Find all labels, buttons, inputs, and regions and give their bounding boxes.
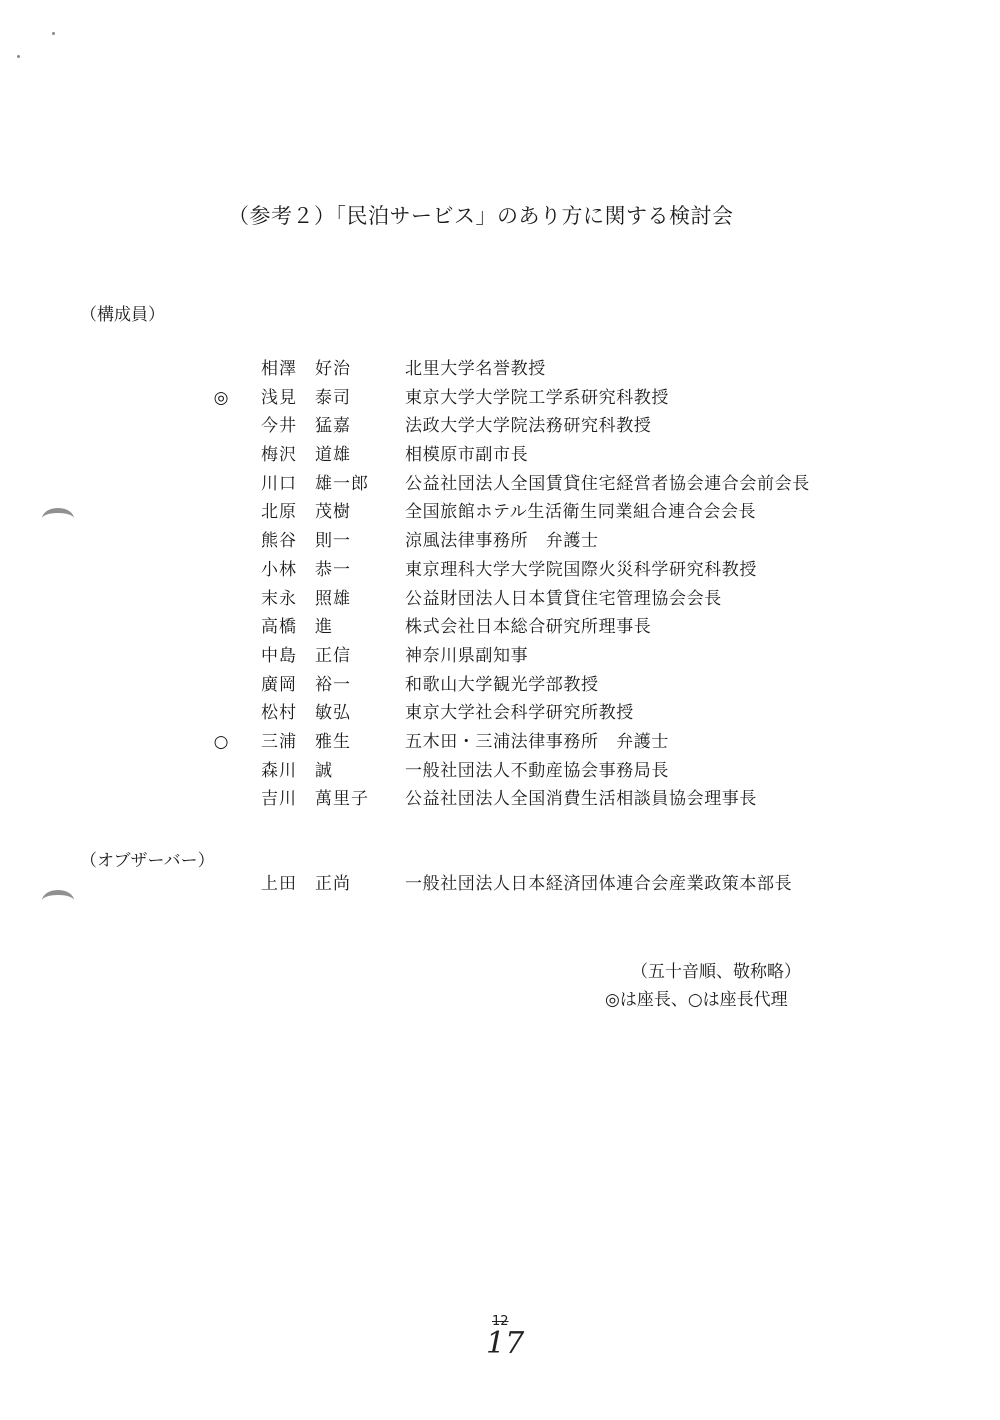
given-name: 敏弘 bbox=[315, 699, 351, 728]
given-name: 進 bbox=[315, 613, 333, 642]
given-name: 裕一 bbox=[315, 671, 351, 700]
scan-speck bbox=[52, 32, 55, 35]
given-name: 正尚 bbox=[315, 870, 351, 899]
given-name: 則一 bbox=[315, 527, 351, 556]
legend-note: ◎は座長、○は座長代理 bbox=[605, 986, 801, 1014]
family-name: 上田 bbox=[261, 870, 297, 899]
affiliation: 北里大学名誉教授 bbox=[405, 355, 546, 384]
member-row: 吉川 萬里子 公益社団法人全国消費生活相談員協会理事長 bbox=[0, 785, 1000, 814]
given-name: 正信 bbox=[315, 642, 351, 671]
member-row: 高橋 進 株式会社日本総合研究所理事長 bbox=[0, 613, 1000, 642]
member-row: ◎ 浅見 泰司 東京大学大学院工学系研究科教授 bbox=[0, 384, 1000, 413]
member-row: 中島 正信 神奈川県副知事 bbox=[0, 642, 1000, 671]
family-name: 相澤 bbox=[261, 355, 297, 384]
members-list: 相澤 好治 北里大学名誉教授 ◎ 浅見 泰司 東京大学大学院工学系研究科教授 今… bbox=[0, 355, 1000, 814]
affiliation: 五木田・三浦法律事務所 弁護士 bbox=[405, 728, 669, 757]
affiliation: 公益社団法人全国消費生活相談員協会理事長 bbox=[405, 785, 757, 814]
page-number: 12 17 bbox=[478, 1314, 528, 1359]
given-name: 萬里子 bbox=[315, 785, 369, 814]
member-row: 小林 恭一 東京理科大学大学院国際火災科学研究科教授 bbox=[0, 556, 1000, 585]
affiliation: 涼風法律事務所 弁護士 bbox=[405, 527, 599, 556]
family-name: 中島 bbox=[261, 642, 297, 671]
family-name: 今井 bbox=[261, 412, 297, 441]
family-name: 高橋 bbox=[261, 613, 297, 642]
ordering-note: （五十音順、敬称略） bbox=[605, 958, 801, 986]
given-name: 雄一郎 bbox=[315, 470, 369, 499]
given-name: 誠 bbox=[315, 757, 333, 786]
observers-list: 上田 正尚 一般社団法人日本経済団体連合会産業政策本部長 bbox=[0, 870, 1000, 899]
affiliation: 東京大学社会科学研究所教授 bbox=[405, 699, 634, 728]
family-name: 末永 bbox=[261, 585, 297, 614]
member-row: 末永 照雄 公益財団法人日本賃貸住宅管理協会会長 bbox=[0, 585, 1000, 614]
member-row: 廣岡 裕一 和歌山大学観光学部教授 bbox=[0, 671, 1000, 700]
given-name: 照雄 bbox=[315, 585, 351, 614]
affiliation: 法政大学大学院法務研究科教授 bbox=[405, 412, 651, 441]
family-name: 森川 bbox=[261, 757, 297, 786]
member-row: 川口 雄一郎 公益社団法人全国賃貸住宅経営者協会連合会前会長 bbox=[0, 470, 1000, 499]
vice-chair-mark-icon: ○ bbox=[210, 728, 232, 757]
affiliation: 東京大学大学院工学系研究科教授 bbox=[405, 384, 669, 413]
family-name: 松村 bbox=[261, 699, 297, 728]
family-name: 梅沢 bbox=[261, 441, 297, 470]
affiliation: 東京理科大学大学院国際火災科学研究科教授 bbox=[405, 556, 757, 585]
affiliation: 全国旅館ホテル生活衛生同業組合連合会会長 bbox=[405, 498, 756, 527]
family-name: 廣岡 bbox=[261, 671, 297, 700]
family-name: 北原 bbox=[261, 498, 297, 527]
member-row: 北原 茂樹 全国旅館ホテル生活衛生同業組合連合会会長 bbox=[0, 498, 1000, 527]
affiliation: 公益社団法人全国賃貸住宅経営者協会連合会前会長 bbox=[405, 470, 810, 499]
family-name: 川口 bbox=[261, 470, 297, 499]
family-name: 小林 bbox=[261, 556, 297, 585]
affiliation: 一般社団法人不動産協会事務局長 bbox=[405, 757, 669, 786]
affiliation: 株式会社日本総合研究所理事長 bbox=[405, 613, 651, 642]
family-name: 熊谷 bbox=[261, 527, 297, 556]
affiliation: 公益財団法人日本賃貸住宅管理協会会長 bbox=[405, 585, 722, 614]
affiliation: 神奈川県副知事 bbox=[405, 642, 528, 671]
member-row: 相澤 好治 北里大学名誉教授 bbox=[0, 355, 1000, 384]
members-heading: （構成員） bbox=[80, 300, 165, 325]
member-row: 熊谷 則一 涼風法律事務所 弁護士 bbox=[0, 527, 1000, 556]
given-name: 雅生 bbox=[315, 728, 351, 757]
family-name: 三浦 bbox=[261, 728, 297, 757]
observer-row: 上田 正尚 一般社団法人日本経済団体連合会産業政策本部長 bbox=[0, 870, 1000, 899]
given-name: 好治 bbox=[315, 355, 351, 384]
affiliation: 相模原市副市長 bbox=[405, 441, 528, 470]
observers-heading: （オブザーバー） bbox=[80, 846, 215, 871]
family-name: 吉川 bbox=[261, 785, 297, 814]
member-row: ○ 三浦 雅生 五木田・三浦法律事務所 弁護士 bbox=[0, 728, 1000, 757]
given-name: 猛嘉 bbox=[315, 412, 351, 441]
given-name: 恭一 bbox=[315, 556, 351, 585]
member-row: 森川 誠 一般社団法人不動産協会事務局長 bbox=[0, 757, 1000, 786]
member-row: 今井 猛嘉 法政大学大学院法務研究科教授 bbox=[0, 412, 1000, 441]
member-row: 梅沢 道雄 相模原市副市長 bbox=[0, 441, 1000, 470]
given-name: 茂樹 bbox=[315, 498, 351, 527]
given-name: 泰司 bbox=[315, 384, 351, 413]
scan-speck bbox=[17, 55, 20, 58]
document-title: （参考２）「民泊サービス」のあり方に関する検討会 bbox=[228, 200, 788, 230]
member-row: 松村 敏弘 東京大学社会科学研究所教授 bbox=[0, 699, 1000, 728]
footnotes: （五十音順、敬称略） ◎は座長、○は座長代理 bbox=[605, 958, 801, 1014]
family-name: 浅見 bbox=[261, 384, 297, 413]
affiliation: 一般社団法人日本経済団体連合会産業政策本部長 bbox=[405, 870, 792, 899]
affiliation: 和歌山大学観光学部教授 bbox=[405, 671, 599, 700]
given-name: 道雄 bbox=[315, 441, 351, 470]
chair-mark-icon: ◎ bbox=[210, 384, 232, 413]
handwritten-page-number: 17 bbox=[478, 1329, 528, 1359]
